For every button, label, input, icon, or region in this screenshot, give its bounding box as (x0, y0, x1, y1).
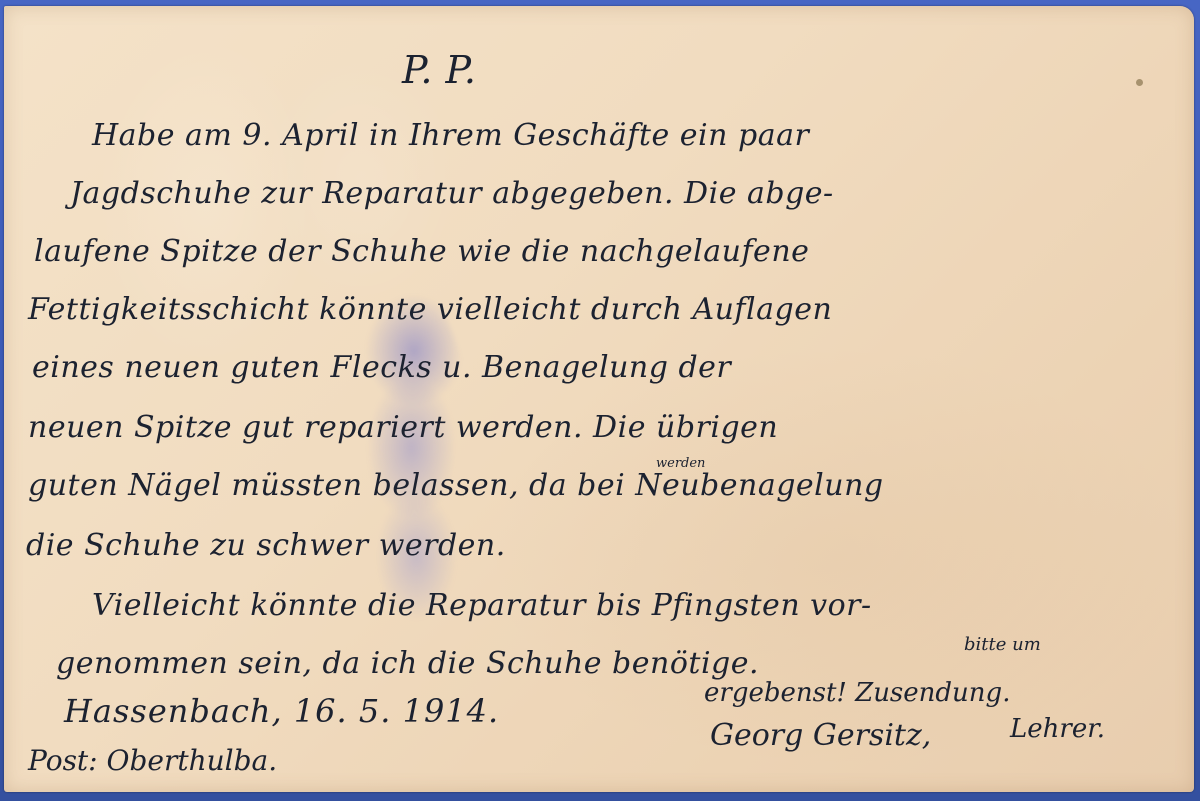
body-line-6: neuen Spitze gut repariert werden. Die ü… (28, 410, 778, 445)
body-line-3: laufene Spitze der Schuhe wie die nachge… (34, 234, 809, 269)
body-line-10: genommen sein, da ich die Schuhe benötig… (56, 646, 759, 681)
salutation-heading: P. P. (402, 48, 476, 92)
body-line-2: Jagdschuhe zur Reparatur abgegeben. Die … (70, 176, 834, 211)
postcard: P. P. Habe am 9. April in Ihrem Geschäft… (4, 6, 1194, 792)
place-and-date: Hassenbach, 16. 5. 1914. (64, 692, 499, 730)
body-line-8: die Schuhe zu schwer werden. (26, 528, 506, 563)
closing-line: ergebenst! Zusendung. (704, 678, 1010, 708)
body-line-9: Vielleicht könnte die Reparatur bis Pfin… (92, 588, 872, 623)
body-line-4: Fettigkeitsschicht könnte vielleicht dur… (28, 292, 832, 327)
body-line-1: Habe am 9. April in Ihrem Geschäfte ein … (92, 118, 809, 153)
body-line-7: guten Nägel müssten belassen, da bei Neu… (28, 468, 884, 503)
signature: Georg Gersitz, (710, 718, 931, 753)
stain-spot (1136, 79, 1143, 86)
signature-title: Lehrer. (1010, 714, 1105, 744)
request-note: bitte um (964, 634, 1041, 655)
post-office-line: Post: Oberthulba. (28, 744, 277, 777)
body-line-5: eines neuen guten Flecks u. Benagelung d… (32, 350, 731, 385)
